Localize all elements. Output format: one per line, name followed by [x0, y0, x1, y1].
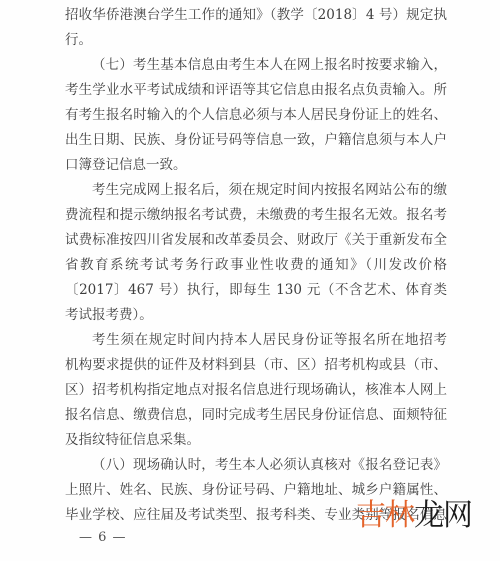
watermark-orange-text: 吉林 — [356, 498, 414, 533]
text-line: 机构要求提供的证件及材料到县（市、区）招考机构或县（市、 — [65, 353, 447, 378]
text-line: 考试报考费）。 — [65, 303, 447, 328]
watermark: 吉林龙网 — [356, 498, 472, 534]
text-line: 区）招考机构指定地点对报名信息进行现场确认，核准本人网上 — [65, 378, 447, 403]
scanned-document-page: 招收华侨港澳台学生工作的通知》（教学〔2018〕4 号）规定执行。（七）考生基本… — [0, 0, 500, 561]
text-line: 〔2017〕467 号）执行，即每生 130 元（不含艺术、体育类专业 — [65, 278, 447, 303]
text-line: 考生须在规定时间内持本人居民身份证等报名所在地招考 — [65, 328, 447, 353]
text-line: 行。 — [65, 28, 447, 53]
text-line: 招收华侨港澳台学生工作的通知》（教学〔2018〕4 号）规定执 — [65, 3, 447, 28]
text-line: 试费标准按四川省发展和改革委员会、财政厅《关于重新发布全 — [65, 228, 447, 253]
text-line: 有考生报名时输入的个人信息必须与本人居民身份证上的姓名、 — [65, 103, 447, 128]
text-line: 考生完成网上报名后，须在规定时间内按报名网站公布的缴 — [65, 178, 447, 203]
document-text: 招收华侨港澳台学生工作的通知》（教学〔2018〕4 号）规定执行。（七）考生基本… — [65, 3, 447, 528]
text-line: 省教育系统考试考务行政事业性收费的通知》（川发改价格 — [65, 253, 447, 278]
text-line: （七）考生基本信息由考生本人在网上报名时按要求输入， — [65, 53, 447, 78]
text-line: 口簿登记信息一致。 — [65, 153, 447, 178]
text-line: 费流程和提示缴纳报名考试费，未缴费的考生报名无效。报名考 — [65, 203, 447, 228]
text-line: （八）现场确认时，考生本人必须认真核对《报名登记表》 — [65, 453, 447, 478]
watermark-black-text: 龙网 — [414, 498, 472, 533]
text-line: 报名信息、缴费信息，同时完成考生居民身份证信息、面颊特征 — [65, 403, 447, 428]
text-line: 考生学业水平考试成绩和评语等其它信息由报名点负责输入。所 — [65, 78, 447, 103]
page-number: — 6 — — [79, 528, 127, 548]
text-line: 及指纹特征信息采集。 — [65, 428, 447, 453]
text-line: 出生日期、民族、身份证号码等信息一致，户籍信息须与本人户 — [65, 128, 447, 153]
